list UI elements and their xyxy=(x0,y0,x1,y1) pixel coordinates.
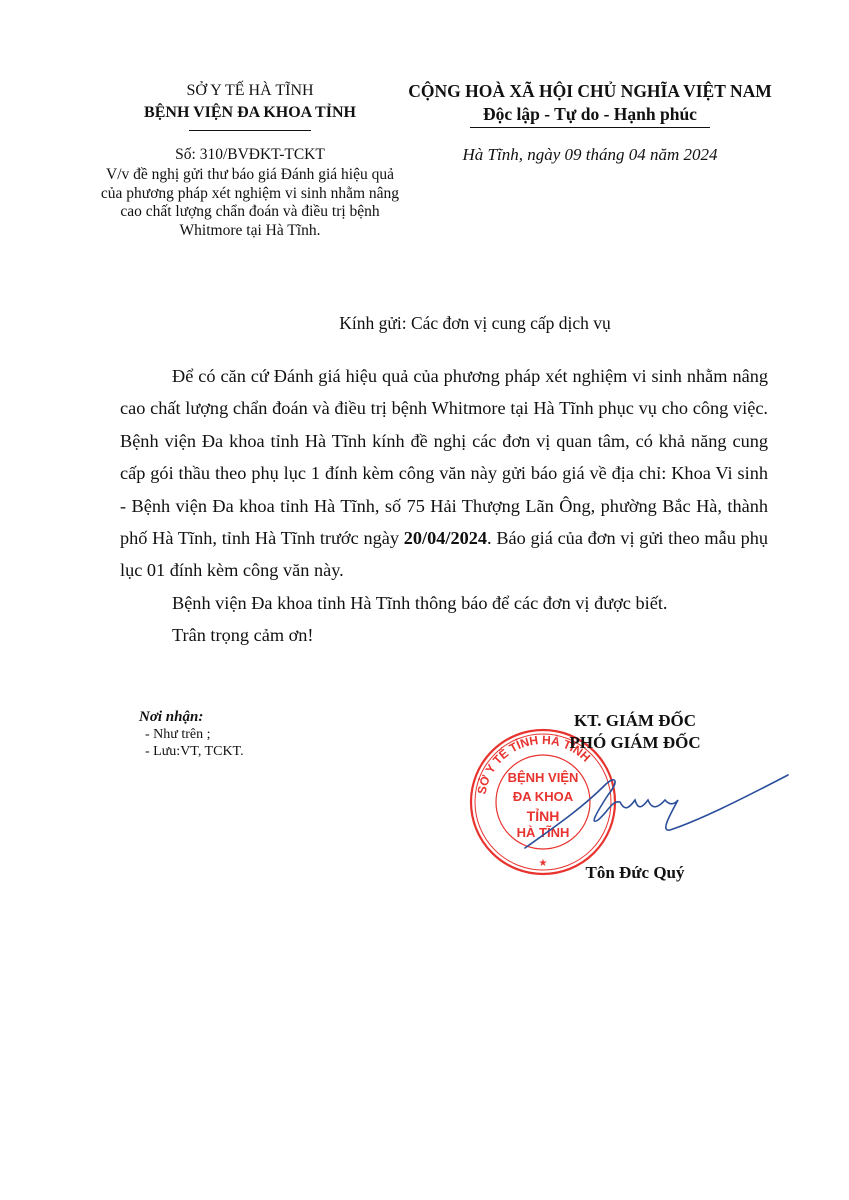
document-number: Số: 310/BVĐKT-TCKT xyxy=(100,146,400,165)
signature-title: KT. GIÁM ĐỐC PHÓ GIÁM ĐỐC xyxy=(540,710,730,754)
recipient-item: - Lưu:VT, TCKT. xyxy=(139,743,244,760)
issuer-header: SỞ Y TẾ HÀ TĨNH BỆNH VIỆN ĐA KHOA TỈNH xyxy=(100,80,400,131)
handwritten-signature-icon xyxy=(520,770,790,850)
letter-body: Để có căn cứ Đánh giá hiệu quả của phươn… xyxy=(120,360,768,652)
signature-title-line1: KT. GIÁM ĐỐC xyxy=(540,710,730,732)
agency-name: SỞ Y TẾ HÀ TĨNH xyxy=(100,80,400,102)
paragraph-text: Để có căn cứ Đánh giá hiệu quả của phươn… xyxy=(120,366,768,548)
recipient-item: - Như trên ; xyxy=(139,726,244,743)
national-motto: Độc lập - Tự do - Hạnh phúc xyxy=(380,103,800,126)
national-header: CỘNG HOÀ XÃ HỘI CHỦ NGHĨA VIỆT NAM Độc l… xyxy=(380,80,800,128)
document-subject: V/v đề nghị gửi thư báo giá Đánh giá hiệ… xyxy=(100,166,400,240)
organization-name: BỆNH VIỆN ĐA KHOA TỈNH xyxy=(100,102,400,124)
recipients-title: Nơi nhận: xyxy=(139,709,244,726)
nation-name: CỘNG HOÀ XÃ HỘI CHỦ NGHĨA VIỆT NAM xyxy=(380,80,800,103)
deadline-date: 20/04/2024 xyxy=(404,528,487,548)
closing-line: Trân trọng cảm ơn! xyxy=(120,619,768,651)
body-paragraph-1: Để có căn cứ Đánh giá hiệu quả của phươn… xyxy=(120,360,768,587)
addressee: Kính gửi: Các đơn vị cung cấp dịch vụ xyxy=(100,311,849,335)
header-divider xyxy=(189,130,311,131)
signature-title-line2: PHÓ GIÁM ĐỐC xyxy=(540,732,730,754)
place-date: Hà Tĩnh, ngày 09 tháng 04 năm 2024 xyxy=(380,144,800,166)
recipients-block: Nơi nhận: - Như trên ; - Lưu:VT, TCKT. xyxy=(139,709,244,760)
body-paragraph-2: Bệnh viện Đa khoa tỉnh Hà Tĩnh thông báo… xyxy=(120,587,768,619)
signer-name: Tôn Đức Quý xyxy=(540,862,730,884)
addressee-text: Kính gửi: Các đơn vị cung cấp dịch vụ xyxy=(339,311,610,335)
motto-divider xyxy=(470,127,710,128)
